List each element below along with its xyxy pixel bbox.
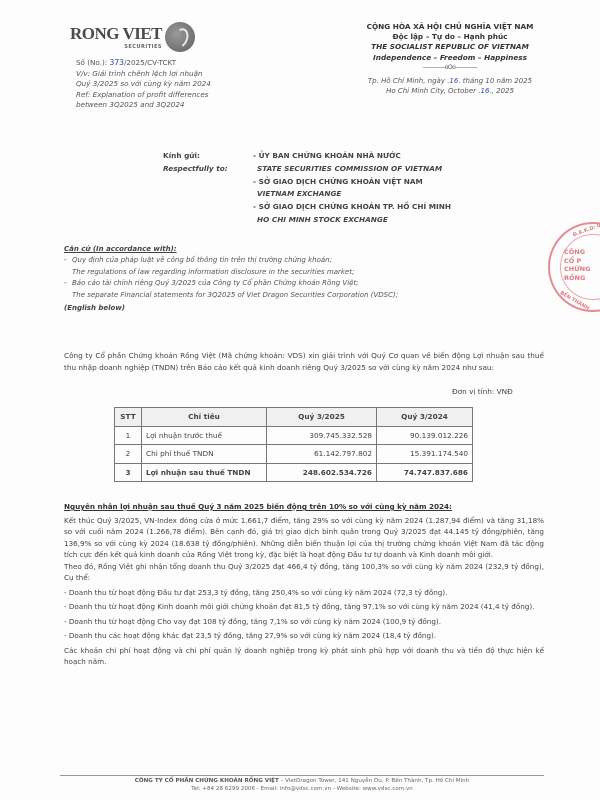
intro-paragraph: Công ty Cổ phần Chứng khoán Rồng Việt (M… [64,350,544,374]
revenue-bullet-lending: - Doanh thu từ hoạt động Cho vay đạt 108… [64,616,544,628]
recipients: Kính gửi: - ỦY BAN CHỨNG KHOÁN NHÀ NƯỚC … [163,150,451,227]
company-seal-stamp: CÔNG CỔ P CHỨNG RỒNG Đ.K.K.D: 03... BẾN … [548,222,600,312]
separator: ————oOo———— [345,63,555,73]
date-vi: Tp. Hồ Chí Minh, ngày .16. tháng 10 năm … [345,76,555,86]
table-row: 1 Lợi nhuận trước thuế 309.745.332.528 9… [115,426,473,445]
nation-title-en: THE SOCIALIST REPUBLIC OF VIETNAM [345,42,555,52]
footer: CÔNG TY CỔ PHẦN CHỨNG KHOÁN RỒNG VIỆT – … [60,777,544,793]
national-header: CỘNG HÒA XÃ HỘI CHỦ NGHĨA VIỆT NAM Độc l… [345,22,555,96]
revenue-bullet-brokerage: - Doanh thu từ hoạt động Kinh doanh môi … [64,601,544,613]
header-stt: STT [115,408,142,427]
footer-company: CÔNG TY CỔ PHẦN CHỨNG KHOÁN RỒNG VIỆT [135,778,279,784]
reasons-section: Nguyên nhân lợi nhuận sau thuế Quý 3 năm… [64,501,544,668]
document-page: RONG VIET SECURITIES Số (No.): 373/2025/… [0,0,600,800]
reasons-paragraph-2: Theo đó, Rồng Việt ghi nhận tổng doanh t… [64,561,544,584]
reference-block: Số (No.): 373/2025/CV-TCKT V/v: Giải trì… [76,58,211,111]
document-number: Số (No.): 373/2025/CV-TCKT [76,58,211,69]
recipient-3-vi: - SỞ GIAO DỊCH CHỨNG KHOÁN TP. HỒ CHÍ MI… [253,201,451,214]
recipient-1-en: STATE SECURITIES COMMISSION OF VIETNAM [253,163,442,176]
basis-item-2-vi: -Báo cáo tài chính riêng Quý 3/2025 của … [64,278,524,289]
recipient-2-vi: - SỞ GIAO DỊCH CHỨNG KHOÁN VIỆT NAM [253,176,423,189]
basis-title: Căn cứ (In accordance with): [64,244,524,255]
table-header-row: STT Chỉ tiêu Quý 3/2025 Quý 3/2024 [115,408,473,427]
footer-contact: Tel: +84 28 6299 2006 - Email: info@vdsc… [60,785,544,793]
footer-address: – VietDragon Tower, 141 Nguyễn Du, P. Bế… [279,778,469,784]
stamp-text: CÔNG CỔ P CHỨNG RỒNG [564,248,590,282]
header-q3-2025: Quý 3/2025 [267,408,377,427]
revenue-bullet-other: - Doanh thu các hoạt động khác đạt 23,5 … [64,630,544,642]
nation-motto-vi: Độc lập – Tự do – Hạnh phúc [345,32,555,42]
reasons-paragraph-1: Kết thúc Quý 3/2025, VN-Index đóng cửa ở… [64,515,544,561]
subject-vi-2: Quý 3/2025 so với cùng kỳ năm 2024 [76,79,211,90]
subject-en-1: Ref: Explanation of profit differences [76,90,211,101]
date-en: Ho Chi Minh City, October .16., 2025 [345,86,555,96]
recipient-3-en: HO CHI MINH STOCK EXCHANGE [253,214,388,227]
table-row-total: 3 Lợi nhuận sau thuế TNDN 248.602.534.72… [115,463,473,482]
basis-item-2-en: The separate Financial statements for 3Q… [64,290,524,301]
table-row: 2 Chi phí thuế TNDN 61.142.797.802 15.39… [115,445,473,464]
header-q3-2024: Quý 3/2024 [377,408,473,427]
nation-motto-en: Independence – Freedom – Happiness [345,53,555,63]
subject-en-2: between 3Q2025 and 3Q2024 [76,100,211,111]
company-logo: RONG VIET SECURITIES [70,22,195,52]
english-below-note: (English below) [64,303,524,314]
recipient-2-en: VIETNAM EXCHANGE [253,188,341,201]
profit-table: STT Chỉ tiêu Quý 3/2025 Quý 3/2024 1 Lợi… [114,407,473,482]
footer-divider [60,775,544,776]
subject-vi-1: V/v: Giải trình chênh lệch lợi nhuận [76,69,211,80]
basis-item-1-en: The regulations of law regarding informa… [64,267,524,278]
revenue-bullet-investment: - Doanh thu từ hoạt động Đầu tư đạt 253,… [64,587,544,599]
handwritten-number: 373 [110,58,124,67]
recipient-1-vi: - ỦY BAN CHỨNG KHOÁN NHÀ NƯỚC [253,150,401,163]
logo-subtitle: SECURITIES [124,44,162,50]
reasons-paragraph-3: Các khoản chi phí hoạt động và chi phí q… [64,645,544,668]
reasons-title: Nguyên nhân lợi nhuận sau thuế Quý 3 năm… [64,501,544,513]
dragon-globe-icon [165,22,195,52]
header-item: Chỉ tiêu [142,408,267,427]
legal-basis: Căn cứ (In accordance with): -Quy định c… [64,244,524,314]
recipients-label-vi: Kính gửi: [163,150,253,163]
basis-item-1-vi: -Quy định của pháp luật về công bố thông… [64,255,524,266]
currency-unit: Đơn vị tính: VNĐ [452,387,513,396]
nation-title-vi: CỘNG HÒA XÃ HỘI CHỦ NGHĨA VIỆT NAM [345,22,555,32]
logo-name: RONG VIET [70,25,162,43]
recipients-label-en: Respectfully to: [163,163,253,176]
